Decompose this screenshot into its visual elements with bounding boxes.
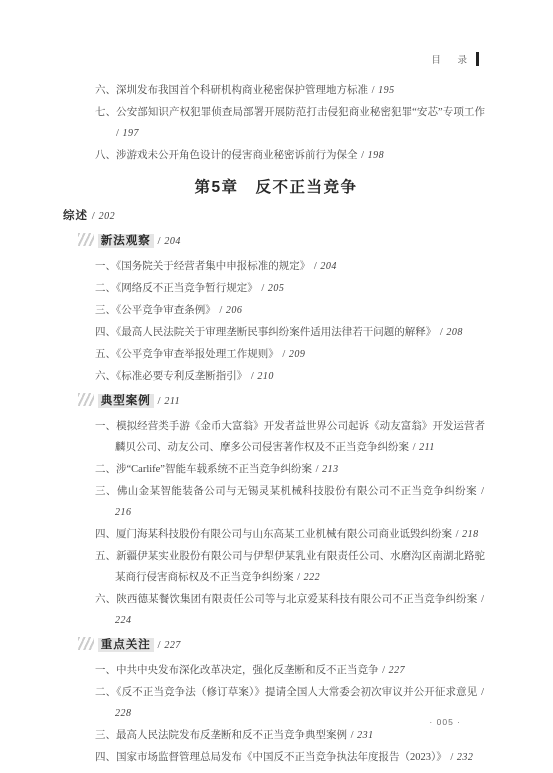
separator: /	[92, 210, 95, 222]
separator: /	[158, 639, 161, 651]
toc-entry-page: 198	[368, 150, 385, 161]
stripes-decoration-icon	[78, 637, 94, 650]
separator: /	[351, 730, 354, 741]
toc-entry-page: 204	[320, 261, 337, 272]
toc-entry: 一、《国务院关于经营者集中申报标准的规定》 / 204	[95, 256, 485, 277]
separator: /	[116, 128, 119, 139]
toc-entry-text: 四、《最高人民法院关于审理垄断民事纠纷案件适用法律若干问题的解释》	[95, 327, 436, 338]
toc-entry-text: 一、《国务院关于经营者集中申报标准的规定》	[95, 261, 310, 272]
separator: /	[481, 687, 484, 698]
toc-entry: 三、《公平竞争审查条例》 / 206	[95, 300, 485, 321]
toc-entry-text: 二、涉“Carlife”智能车载系统不正当竞争纠纷案	[95, 464, 312, 475]
separator: /	[450, 752, 453, 763]
running-header-title: 目 录	[431, 52, 474, 66]
separator: /	[314, 261, 317, 272]
separator: /	[361, 150, 364, 161]
toc-entry-page: 218	[462, 529, 479, 540]
toc-entry: 二、涉“Carlife”智能车载系统不正当竞争纠纷案 / 213	[95, 459, 485, 480]
section-page: 227	[164, 640, 181, 651]
toc-entry-text: 二、《网络反不正当竞争暂行规定》	[95, 283, 258, 294]
toc-entry-page: 232	[457, 752, 474, 763]
separator: /	[481, 486, 484, 497]
toc-entry-page: 206	[226, 305, 243, 316]
toc-entry: 一、模拟经营类手游《金币大富翁》开发者益世界公司起诉《动友富翁》开发运营者麟贝公…	[95, 416, 485, 458]
toc-entry-text: 三、最高人民法院发布反垄断和反不正当竞争典型案例	[95, 730, 347, 741]
toc-entry: 四、国家市场监督管理总局发布《中国反不正当竞争执法年度报告（2023）》 / 2…	[95, 747, 485, 768]
toc-entry: 四、《最高人民法院关于审理垄断民事纠纷案件适用法律若干问题的解释》 / 208	[95, 322, 485, 343]
separator: /	[251, 371, 254, 382]
section-heading: 新法观察 / 204	[78, 230, 485, 253]
toc-page: 目 录 六、深圳发布我国首个科研机构商业秘密保护管理地方标准 / 195 七、公…	[0, 0, 553, 773]
toc-entry-page: 227	[389, 665, 406, 676]
toc-entry: 五、《公平竞争审查举报处理工作规则》 / 209	[95, 344, 485, 365]
toc-entry-text: 四、厦门海某科技股份有限公司与山东高某工业机械有限公司商业诋毁纠纷案	[95, 529, 452, 540]
overview-page: 202	[99, 211, 116, 222]
stripes-decoration-icon	[78, 393, 94, 406]
toc-entry: 八、涉游戏未公开角色设计的侵害商业秘密诉前行为保全 / 198	[95, 145, 485, 166]
section-label: 新法观察	[98, 234, 154, 248]
separator: /	[382, 665, 385, 676]
toc-entry: 五、新疆伊某实业股份有限公司与伊犁伊某乳业有限责任公司、水磨沟区南湖北路驼某商行…	[95, 546, 485, 588]
toc-entry-text: 五、新疆伊某实业股份有限公司与伊犁伊某乳业有限责任公司、水磨沟区南湖北路驼某商行…	[95, 551, 485, 583]
folio-page-number: · 005 ·	[429, 717, 461, 727]
toc-entry-text: 五、《公平竞争审查举报处理工作规则》	[95, 349, 279, 360]
toc-entry-page: 222	[304, 572, 321, 583]
toc-entry-text: 七、公安部知识产权犯罪侦查局部署开展防范打击侵犯商业秘密犯罪“安芯”专项工作	[95, 107, 485, 118]
toc-entry-text: 三、佛山金某智能装备公司与无锡灵某机械科技股份有限公司不正当竞争纠纷案	[95, 486, 477, 497]
toc-entry: 六、深圳发布我国首个科研机构商业秘密保护管理地方标准 / 195	[95, 80, 485, 101]
toc-entry-page: 197	[123, 128, 140, 139]
toc-entry: 二、《反不正当竞争法（修订草案）》提请全国人大常委会初次审议并公开征求意见 / …	[95, 682, 485, 724]
stripes-decoration-icon	[78, 233, 94, 246]
toc-entry-page: 205	[268, 283, 285, 294]
toc-entry-text: 一、中共中央发布深化改革决定，强化反垄断和反不正当竞争	[95, 665, 379, 676]
running-header: 目 录	[431, 52, 479, 66]
section-label: 典型案例	[98, 394, 154, 408]
toc-entry-text: 六、陕西德某餐饮集团有限责任公司等与北京爱某科技有限公司不正当竞争纠纷案	[95, 594, 477, 605]
toc-entry-text: 六、深圳发布我国首个科研机构商业秘密保护管理地方标准	[95, 85, 368, 96]
overview-entry: 综述 / 202	[63, 206, 485, 227]
section-heading: 典型案例 / 211	[78, 390, 485, 413]
section-heading: 重点关注 / 227	[78, 634, 485, 657]
separator: /	[158, 395, 161, 407]
toc-entry: 六、陕西德某餐饮集团有限责任公司等与北京爱某科技有限公司不正当竞争纠纷案 / 2…	[95, 589, 485, 631]
section-label: 重点关注	[98, 638, 154, 652]
toc-entry: 七、公安部知识产权犯罪侦查局部署开展防范打击侵犯商业秘密犯罪“安芯”专项工作 /…	[95, 102, 485, 144]
toc-entry-page: 231	[357, 730, 374, 741]
toc-entry-page: 213	[322, 464, 339, 475]
toc-entry: 三、最高人民法院发布反垄断和反不正当竞争典型案例 / 231	[95, 725, 485, 746]
separator: /	[413, 442, 416, 453]
toc-entry-text: 六、《标准必要专利反垄断指引》	[95, 371, 247, 382]
toc-entry-text: 八、涉游戏未公开角色设计的侵害商业秘密诉前行为保全	[95, 150, 358, 161]
toc-entry-page: 209	[289, 349, 306, 360]
toc-entry-page: 210	[257, 371, 274, 382]
toc-content: 六、深圳发布我国首个科研机构商业秘密保护管理地方标准 / 195 七、公安部知识…	[95, 80, 485, 769]
toc-entry-page: 208	[446, 327, 463, 338]
chapter-title: 第5章 反不正当竞争	[81, 175, 471, 197]
toc-entry: 四、厦门海某科技股份有限公司与山东高某工业机械有限公司商业诋毁纠纷案 / 218	[95, 524, 485, 545]
separator: /	[316, 464, 319, 475]
separator: /	[219, 305, 222, 316]
separator: /	[456, 529, 459, 540]
separator: /	[282, 349, 285, 360]
separator: /	[158, 235, 161, 247]
section-page: 211	[164, 396, 180, 407]
section-page: 204	[164, 236, 181, 247]
separator: /	[297, 572, 300, 583]
toc-entry-page: 216	[115, 507, 132, 518]
toc-entry-page: 228	[115, 708, 132, 719]
toc-entry: 一、中共中央发布深化改革决定，强化反垄断和反不正当竞争 / 227	[95, 660, 485, 681]
toc-entry-page: 211	[419, 442, 435, 453]
separator: /	[440, 327, 443, 338]
toc-entry-text: 四、国家市场监督管理总局发布《中国反不正当竞争执法年度报告（2023）》	[95, 752, 447, 763]
toc-entry: 二、《网络反不正当竞争暂行规定》 / 205	[95, 278, 485, 299]
separator: /	[481, 594, 484, 605]
toc-entry: 六、《标准必要专利反垄断指引》 / 210	[95, 366, 485, 387]
toc-entry-page: 195	[378, 85, 395, 96]
toc-entry-text: 二、《反不正当竞争法（修订草案）》提请全国人大常委会初次审议并公开征求意见	[95, 687, 477, 698]
separator: /	[261, 283, 264, 294]
toc-entry-text: 三、《公平竞争审查条例》	[95, 305, 216, 316]
toc-entry-page: 224	[115, 615, 132, 626]
separator: /	[372, 85, 375, 96]
header-rule-bar	[476, 52, 479, 66]
overview-label: 综述	[63, 210, 88, 222]
toc-entry: 三、佛山金某智能装备公司与无锡灵某机械科技股份有限公司不正当竞争纠纷案 / 21…	[95, 481, 485, 523]
